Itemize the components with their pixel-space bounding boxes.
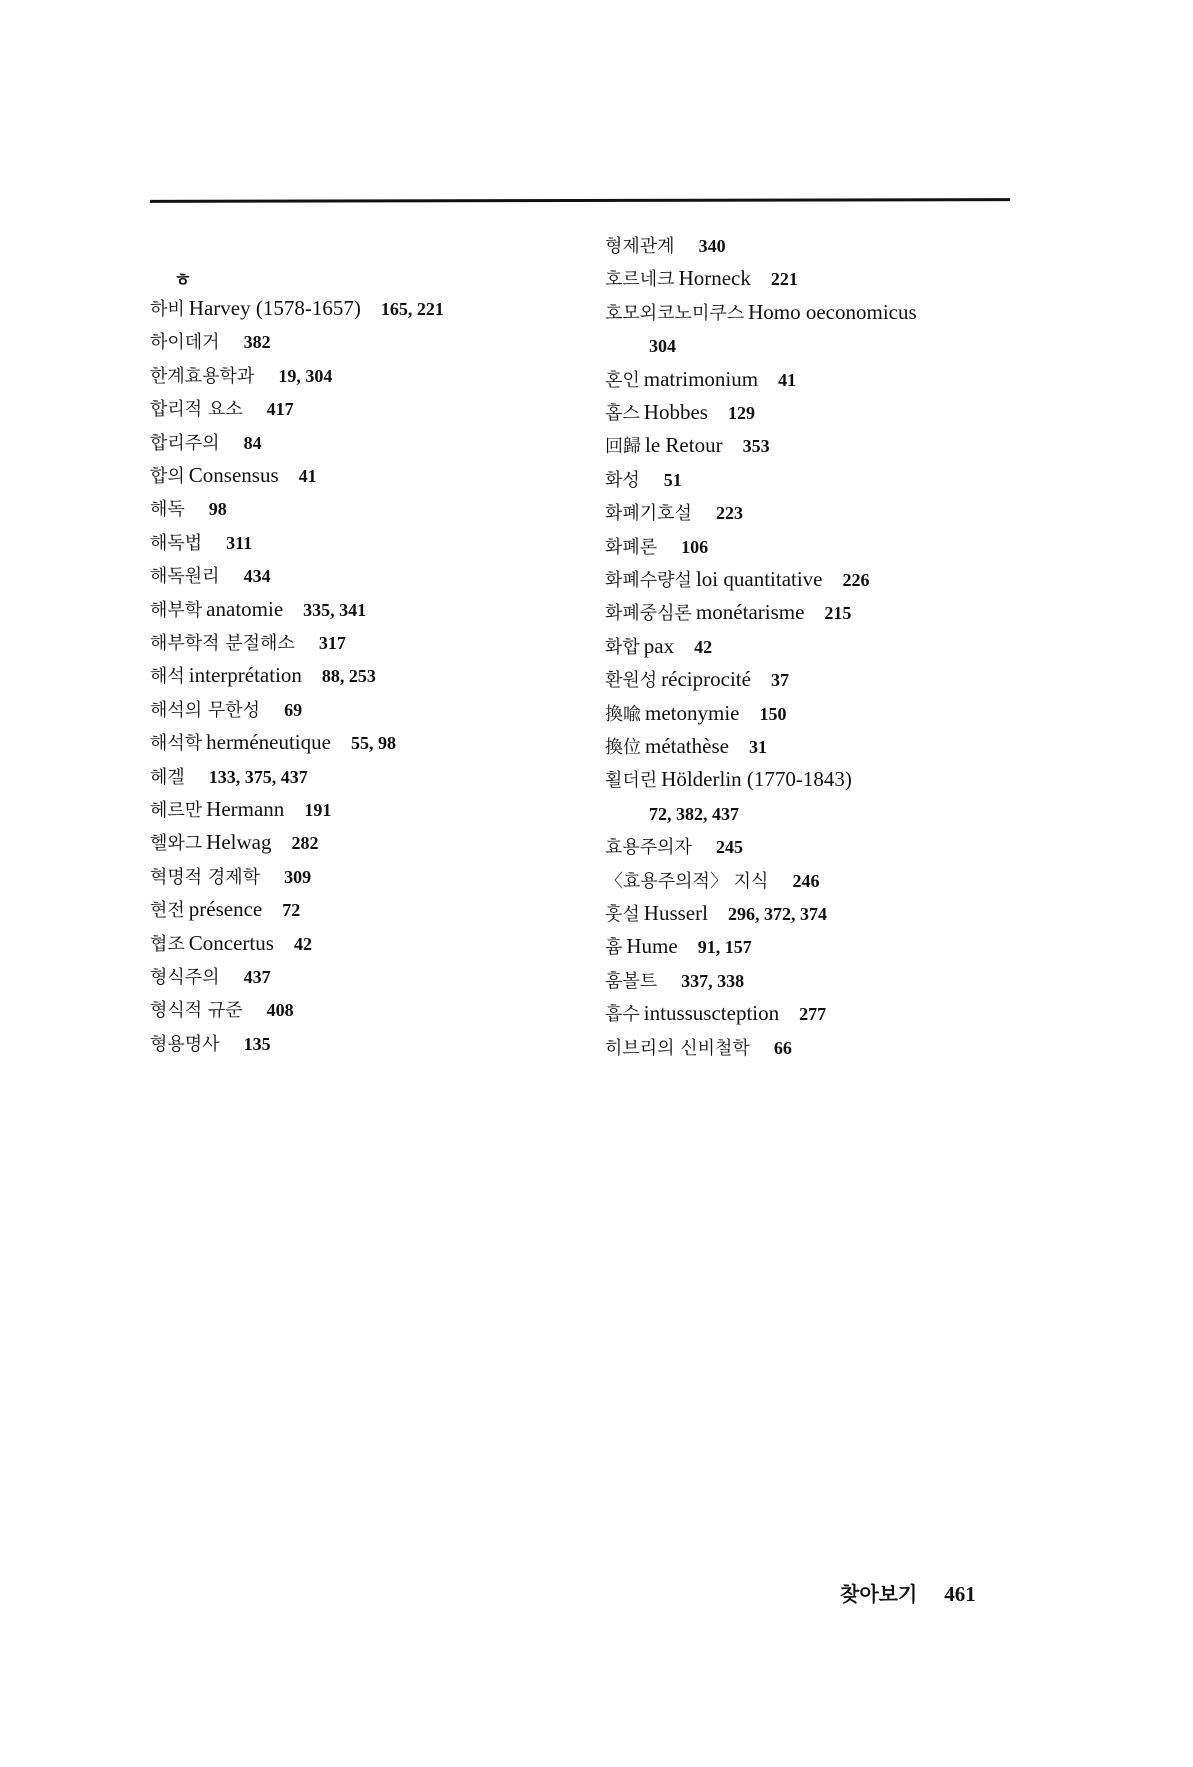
index-term: 回歸 xyxy=(605,436,641,457)
foreign-term: matrimonium xyxy=(644,367,758,391)
index-term: 호모외코노미쿠스 xyxy=(605,303,744,324)
index-term: 형용명사 xyxy=(150,1034,220,1055)
page-references: 246 xyxy=(792,871,819,891)
index-entry: 협조Concertus42 xyxy=(150,931,312,957)
page-references: 282 xyxy=(291,833,318,853)
page-references: 304 xyxy=(649,336,676,356)
page-references: 133, 375, 437 xyxy=(209,767,308,787)
index-entry: 흡수intussuscteption277 xyxy=(605,1001,826,1027)
index-term: 형식주의 xyxy=(150,967,220,988)
page-references: 340 xyxy=(699,236,726,256)
index-term: 협조 xyxy=(150,934,185,955)
index-entry: 해부학anatomie335, 341 xyxy=(150,597,366,623)
index-entry: 호르네크Horneck221 xyxy=(605,266,798,292)
index-term: 해석 xyxy=(150,666,185,687)
foreign-term: présence xyxy=(189,897,262,921)
index-entry: 화폐수량설loi quantitative226 xyxy=(605,567,870,593)
index-term: 換位 xyxy=(605,737,641,758)
index-term: 화폐수량설 xyxy=(605,570,692,591)
index-entry: 호모외코노미쿠스Homo oeconomicus xyxy=(605,300,937,326)
index-entry: 해석의 무한성69 xyxy=(150,697,302,723)
foreign-term: intussuscteption xyxy=(644,1001,779,1025)
index-entry: 헤르만Hermann191 xyxy=(150,797,331,823)
page-references: 42 xyxy=(694,637,712,657)
page-references: 353 xyxy=(743,436,770,456)
foreign-term: loi quantitative xyxy=(696,567,823,591)
foreign-term: métathèse xyxy=(645,734,729,758)
index-term: 해부학적 분절해소 xyxy=(150,633,295,654)
index-entry: 헬와그Helwag282 xyxy=(150,830,318,856)
foreign-term: Homo oeconomicus xyxy=(748,300,917,324)
index-term: 혁명적 경제학 xyxy=(150,867,260,888)
footer-label: 찾아보기 xyxy=(840,1582,917,1606)
index-entry: 화폐중심론monétarisme215 xyxy=(605,600,851,626)
index-term: 훔볼트 xyxy=(605,971,657,992)
index-entry: 홉스Hobbes129 xyxy=(605,400,755,426)
foreign-term: Consensus xyxy=(189,463,279,487)
index-entry: 흄Hume91, 157 xyxy=(605,934,752,960)
page-references: 215 xyxy=(824,603,851,623)
index-term: 해독법 xyxy=(150,533,202,554)
index-entry: 합리적 요소417 xyxy=(150,396,294,422)
foreign-term: Helwag xyxy=(206,830,271,854)
index-entry: 換喩metonymie150 xyxy=(605,701,786,727)
page-references: 317 xyxy=(319,633,346,653)
page-references: 434 xyxy=(244,566,271,586)
page-references: 41 xyxy=(778,370,796,390)
index-entry: 해독원리434 xyxy=(150,563,271,589)
index-term: 해독원리 xyxy=(150,566,220,587)
page-references: 437 xyxy=(244,967,271,987)
index-term: 화합 xyxy=(605,637,640,658)
foreign-term: Hume xyxy=(626,934,677,958)
index-term: 해석의 무한성 xyxy=(150,700,260,721)
page-references: 226 xyxy=(843,570,870,590)
index-entry: 형식주의437 xyxy=(150,964,271,990)
index-entry: 합의Consensus41 xyxy=(150,463,317,489)
index-entry: 화폐기호설223 xyxy=(605,500,743,526)
foreign-term: Harvey (1578-1657) xyxy=(189,296,361,320)
index-term: 〈효용주의적〉 지식 xyxy=(605,871,768,892)
foreign-term: Horneck xyxy=(679,266,751,290)
page-references: 150 xyxy=(759,704,786,724)
index-entry: 304 xyxy=(605,333,676,359)
page-references: 84 xyxy=(244,433,262,453)
index-entry: 현전présence72 xyxy=(150,897,300,923)
index-entry: 헤겔133, 375, 437 xyxy=(150,764,308,790)
foreign-term: anatomie xyxy=(206,597,283,621)
index-term: 한계효용학과 xyxy=(150,366,254,387)
page-references: 129 xyxy=(728,403,755,423)
page-references: 417 xyxy=(267,399,294,419)
index-term: 換喩 xyxy=(605,704,641,725)
foreign-term: Hermann xyxy=(206,797,284,821)
index-term: 헤겔 xyxy=(150,767,185,788)
index-entry: 〈효용주의적〉 지식246 xyxy=(605,868,819,894)
index-entry: 훗설Husserl296, 372, 374 xyxy=(605,901,827,927)
page-footer: 찾아보기 461 xyxy=(840,1578,976,1607)
page-references: 69 xyxy=(284,700,302,720)
page-references: 382 xyxy=(244,332,271,352)
index-entry: 혼인matrimonium41 xyxy=(605,367,796,393)
section-heading: ㅎ xyxy=(174,266,191,292)
index-term: 합리적 요소 xyxy=(150,399,243,420)
index-term: 하이데거 xyxy=(150,332,220,353)
page-references: 41 xyxy=(299,466,317,486)
page-references: 277 xyxy=(799,1004,826,1024)
foreign-term: interprétation xyxy=(189,663,302,687)
page-references: 91, 157 xyxy=(698,937,752,957)
page-references: 42 xyxy=(294,934,312,954)
foreign-term: réciprocité xyxy=(661,667,751,691)
page-references: 337, 338 xyxy=(681,971,744,991)
index-term: 해독 xyxy=(150,499,185,520)
foreign-term: pax xyxy=(644,634,674,658)
index-term: 훗설 xyxy=(605,904,640,925)
index-entry: 해석interprétation88, 253 xyxy=(150,663,376,689)
page-references: 191 xyxy=(304,800,331,820)
index-entry: 환원성réciprocité37 xyxy=(605,667,789,693)
page-references: 165, 221 xyxy=(381,299,444,319)
index-entry: 화폐론106 xyxy=(605,534,708,560)
index-term: 환원성 xyxy=(605,670,657,691)
index-term: 화성 xyxy=(605,470,640,491)
index-entry: 화합pax42 xyxy=(605,634,712,660)
index-entry: 한계효용학과19, 304 xyxy=(150,363,332,389)
index-entry: 합리주의84 xyxy=(150,430,262,456)
foreign-term: herméneutique xyxy=(206,730,331,754)
index-term: 흄 xyxy=(605,937,622,958)
index-entry: 횔더린Hölderlin (1770-1843) xyxy=(605,767,872,793)
index-entry: 효용주의자245 xyxy=(605,834,743,860)
index-entry: 하이데거382 xyxy=(150,329,271,355)
index-entry: 혁명적 경제학309 xyxy=(150,864,311,890)
index-entry: 히브리의 신비철학66 xyxy=(605,1035,792,1061)
page-references: 88, 253 xyxy=(322,666,376,686)
index-term: 형제관계 xyxy=(605,236,675,257)
index-term: 현전 xyxy=(150,900,185,921)
foreign-term: monétarisme xyxy=(696,600,804,624)
page-references: 311 xyxy=(226,533,252,553)
page-references: 221 xyxy=(771,269,798,289)
index-entry: 화성51 xyxy=(605,467,682,493)
index-entry: 훔볼트337, 338 xyxy=(605,968,744,994)
foreign-term: Husserl xyxy=(644,901,708,925)
index-entry: 형제관계340 xyxy=(605,233,726,259)
foreign-term: le Retour xyxy=(645,433,723,457)
index-entry: 형용명사135 xyxy=(150,1031,271,1057)
foreign-term: Hölderlin (1770-1843) xyxy=(661,767,852,791)
index-entry: 해부학적 분절해소317 xyxy=(150,630,346,656)
page-references: 408 xyxy=(267,1000,294,1020)
foreign-term: metonymie xyxy=(645,701,739,725)
page-references: 55, 98 xyxy=(351,733,396,753)
index-term: 히브리의 신비철학 xyxy=(605,1038,750,1059)
index-entry: 해독98 xyxy=(150,496,227,522)
index-entry: 72, 382, 437 xyxy=(605,801,739,827)
index-entry: 하비Harvey (1578-1657)165, 221 xyxy=(150,296,444,322)
page-references: 223 xyxy=(716,503,743,523)
page-references: 335, 341 xyxy=(303,600,366,620)
page-references: 72, 382, 437 xyxy=(649,804,739,824)
page-references: 98 xyxy=(209,499,227,519)
foreign-term: Concertus xyxy=(189,931,274,955)
index-term: 홉스 xyxy=(605,403,640,424)
index-term: 호르네크 xyxy=(605,269,675,290)
index-entry: 형식적 규준408 xyxy=(150,997,294,1023)
page-number: 461 xyxy=(944,1582,976,1606)
index-term: 형식적 규준 xyxy=(150,1000,243,1021)
index-term: 합의 xyxy=(150,466,185,487)
index-term: 헬와그 xyxy=(150,833,202,854)
page-references: 106 xyxy=(681,537,708,557)
page-references: 66 xyxy=(774,1038,792,1058)
foreign-term: Hobbes xyxy=(644,400,708,424)
index-term: 효용주의자 xyxy=(605,837,692,858)
index-term: 헤르만 xyxy=(150,800,202,821)
index-term: 화폐중심론 xyxy=(605,603,692,624)
index-term: 하비 xyxy=(150,299,185,320)
index-term: 흡수 xyxy=(605,1004,640,1025)
index-term: 화폐기호설 xyxy=(605,503,692,524)
page-references: 309 xyxy=(284,867,311,887)
index-term: 해부학 xyxy=(150,600,202,621)
index-term: 합리주의 xyxy=(150,433,220,454)
index-term: 횔더린 xyxy=(605,770,657,791)
index-entry: 回歸le Retour353 xyxy=(605,433,770,459)
page-references: 31 xyxy=(749,737,767,757)
page-references: 296, 372, 374 xyxy=(728,904,827,924)
page-references: 72 xyxy=(282,900,300,920)
page-references: 245 xyxy=(716,837,743,857)
index-entry: 換位métathèse31 xyxy=(605,734,767,760)
page-references: 135 xyxy=(244,1034,271,1054)
index-entry: 해독법311 xyxy=(150,530,252,556)
index-term: 혼인 xyxy=(605,370,640,391)
index-term: 화폐론 xyxy=(605,537,657,558)
index-entry: 해석학herméneutique55, 98 xyxy=(150,730,396,756)
page-references: 37 xyxy=(771,670,789,690)
header-rule xyxy=(150,198,1010,203)
page-references: 19, 304 xyxy=(278,366,332,386)
index-term: 해석학 xyxy=(150,733,202,754)
page-references: 51 xyxy=(664,470,682,490)
